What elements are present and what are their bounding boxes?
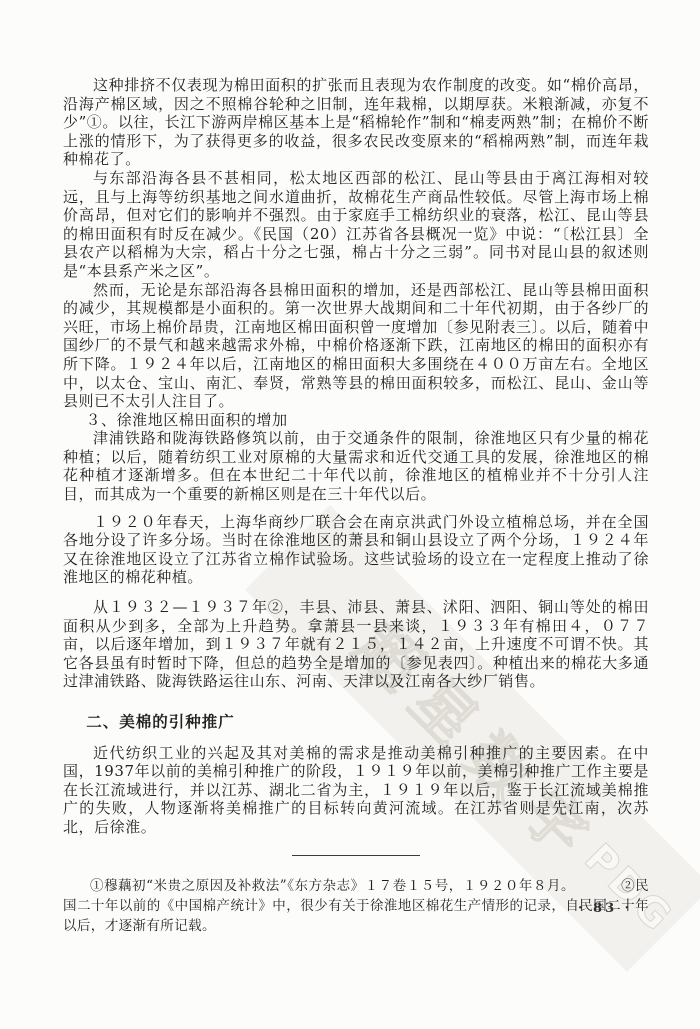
text-column: 这种排挤不仅表现为棉田面积的扩张而且表现为农作制度的改变。如“棉价高昂，沿海产棉…	[63, 76, 649, 936]
paragraph-american-cotton-promotion: 近代纺织工业的兴起及其对美棉的需求是推动美棉引种推广的主要因素。在中国，1937…	[63, 744, 649, 837]
paragraph-1920-cotton-stations: １９２０年春天，上海华商纱厂联合会在南京洪武门外设立植棉总场，并在全国各地分设了…	[63, 513, 649, 587]
paragraph-jiangnan-cotton-area: 然而，无论是东部沿海各县棉田面积的增加，还是西部松江、昆山等县棉田面积的减少，其…	[63, 281, 649, 411]
paragraph-songjiang-kunshan: 与东部沿海各县不甚相同，松太地区西部的松江、昆山等县由于离江海相对较远，且与上海…	[63, 169, 649, 281]
paragraph-1932-1937-growth: 从１９３２—１９３７年②，丰县、沛县、萧县、沭阳、泗阳、铜山等处的棉田面积从少到…	[63, 598, 649, 691]
footnotes: ①穆藕初“米贵之原因及补救法”《东方杂志》１７卷１５号，１９２０年８月。②民国二…	[63, 876, 649, 936]
subsection-heading-xuhuai: ３、徐淮地区棉田面积的增加	[63, 411, 649, 430]
paragraph-railways-before: 津浦铁路和陇海铁路修筑以前，由于交通条件的限制，徐淮地区只有少量的棉花种植；以后…	[63, 429, 649, 503]
page-number: · 83 ·	[578, 901, 632, 916]
footnote-separator	[292, 855, 420, 856]
paragraph-crop-system-change: 这种排挤不仅表现为棉田面积的扩张而且表现为农作制度的改变。如“棉价高昂，沿海产棉…	[63, 76, 649, 169]
footnote-1: ①穆藕初“米贵之原因及补救法”《东方杂志》１７卷１５号，１９２０年８月。	[90, 878, 575, 894]
scanned-book-page: 超 星 数 字 PDG 这种排挤不仅表现为棉田面积的扩张而且表现为农作制度的改变…	[0, 0, 700, 1029]
section-heading-american-cotton: 二、美棉的引种推广	[63, 713, 649, 732]
